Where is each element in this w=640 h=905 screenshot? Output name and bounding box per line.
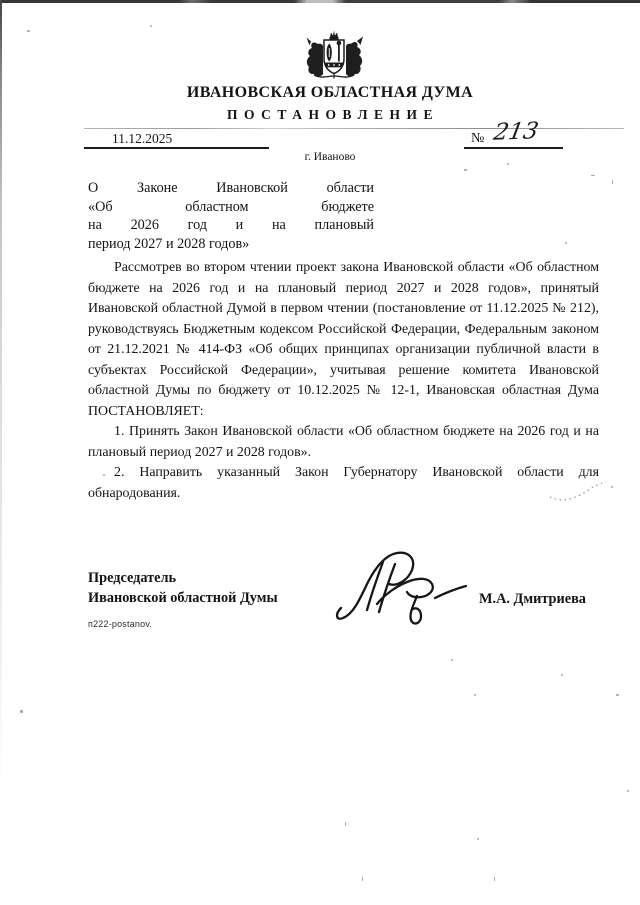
scan-speck xyxy=(464,169,467,171)
number-underline xyxy=(464,147,563,149)
scan-left-edge-line xyxy=(0,0,2,800)
scan-speck xyxy=(565,242,567,244)
organization-title: ИВАНОВСКАЯ ОБЛАСТНАЯ ДУМА xyxy=(20,84,640,102)
body-text: Рассмотрев во втором чтении проект закон… xyxy=(88,258,599,504)
subject-block: О Законе Ивановской области «Об областно… xyxy=(88,179,374,253)
place-line: г. Иваново xyxy=(20,151,640,163)
scan-speck xyxy=(494,877,495,881)
scan-speck xyxy=(477,838,479,840)
resolution-item: 2. Направить указанный Закон Губернатору… xyxy=(88,463,599,504)
signer-position-line: Председатель xyxy=(88,569,278,589)
number-sign: № xyxy=(471,131,484,147)
date-underline xyxy=(84,147,269,149)
pencil-squiggle-mark xyxy=(546,479,610,510)
scan-top-edge-line xyxy=(0,0,640,3)
scan-speck xyxy=(611,486,613,488)
signer-position: Председатель Ивановской областной Думы xyxy=(88,569,278,608)
scan-speck xyxy=(612,180,613,184)
scan-speck xyxy=(561,674,563,676)
scan-speck xyxy=(451,659,453,661)
subject-line: «Об областном бюджете xyxy=(88,198,374,217)
scan-speck xyxy=(103,474,105,476)
scan-speck xyxy=(474,694,476,696)
subject-line: О Законе Ивановской области xyxy=(88,179,374,198)
scan-speck xyxy=(20,710,23,713)
preamble-paragraph: Рассмотрев во втором чтении проект закон… xyxy=(88,258,599,402)
scan-speck xyxy=(364,190,367,191)
document-number-handwritten: 213 xyxy=(492,118,541,146)
ivanovo-oblast-coat-of-arms-icon xyxy=(302,29,366,81)
signer-name: М.А. Дмитриева xyxy=(479,591,586,608)
resolution-item: 1. Принять Закон Ивановской области «Об … xyxy=(88,422,599,463)
file-reference-note: п222-postanov. xyxy=(88,619,152,629)
scan-speck xyxy=(27,30,30,32)
subject-line: период 2027 и 2028 годов» xyxy=(88,235,374,254)
document-type-title: ПОСТАНОВЛЕНИЕ xyxy=(20,107,640,123)
resolves-line: ПОСТАНОВЛЯЕТ: xyxy=(88,402,599,423)
scan-speck xyxy=(345,822,346,826)
scanned-resolution-page: ИВАНОВСКАЯ ОБЛАСТНАЯ ДУМА ПОСТАНОВЛЕНИЕ … xyxy=(0,0,640,905)
signer-position-line: Ивановской областной Думы xyxy=(88,589,278,609)
document-date: 11.12.2025 xyxy=(112,131,172,147)
scan-speck xyxy=(616,694,619,696)
handwritten-signature-icon xyxy=(333,546,478,633)
scan-speck xyxy=(507,163,509,165)
scan-speck xyxy=(366,219,369,220)
scan-speck xyxy=(591,175,595,176)
scan-speck xyxy=(150,25,152,27)
subject-line: на 2026 год и на плановый xyxy=(88,216,374,235)
header-faint-rule xyxy=(84,128,624,129)
scan-speck xyxy=(627,790,629,792)
scan-speck xyxy=(362,877,363,881)
